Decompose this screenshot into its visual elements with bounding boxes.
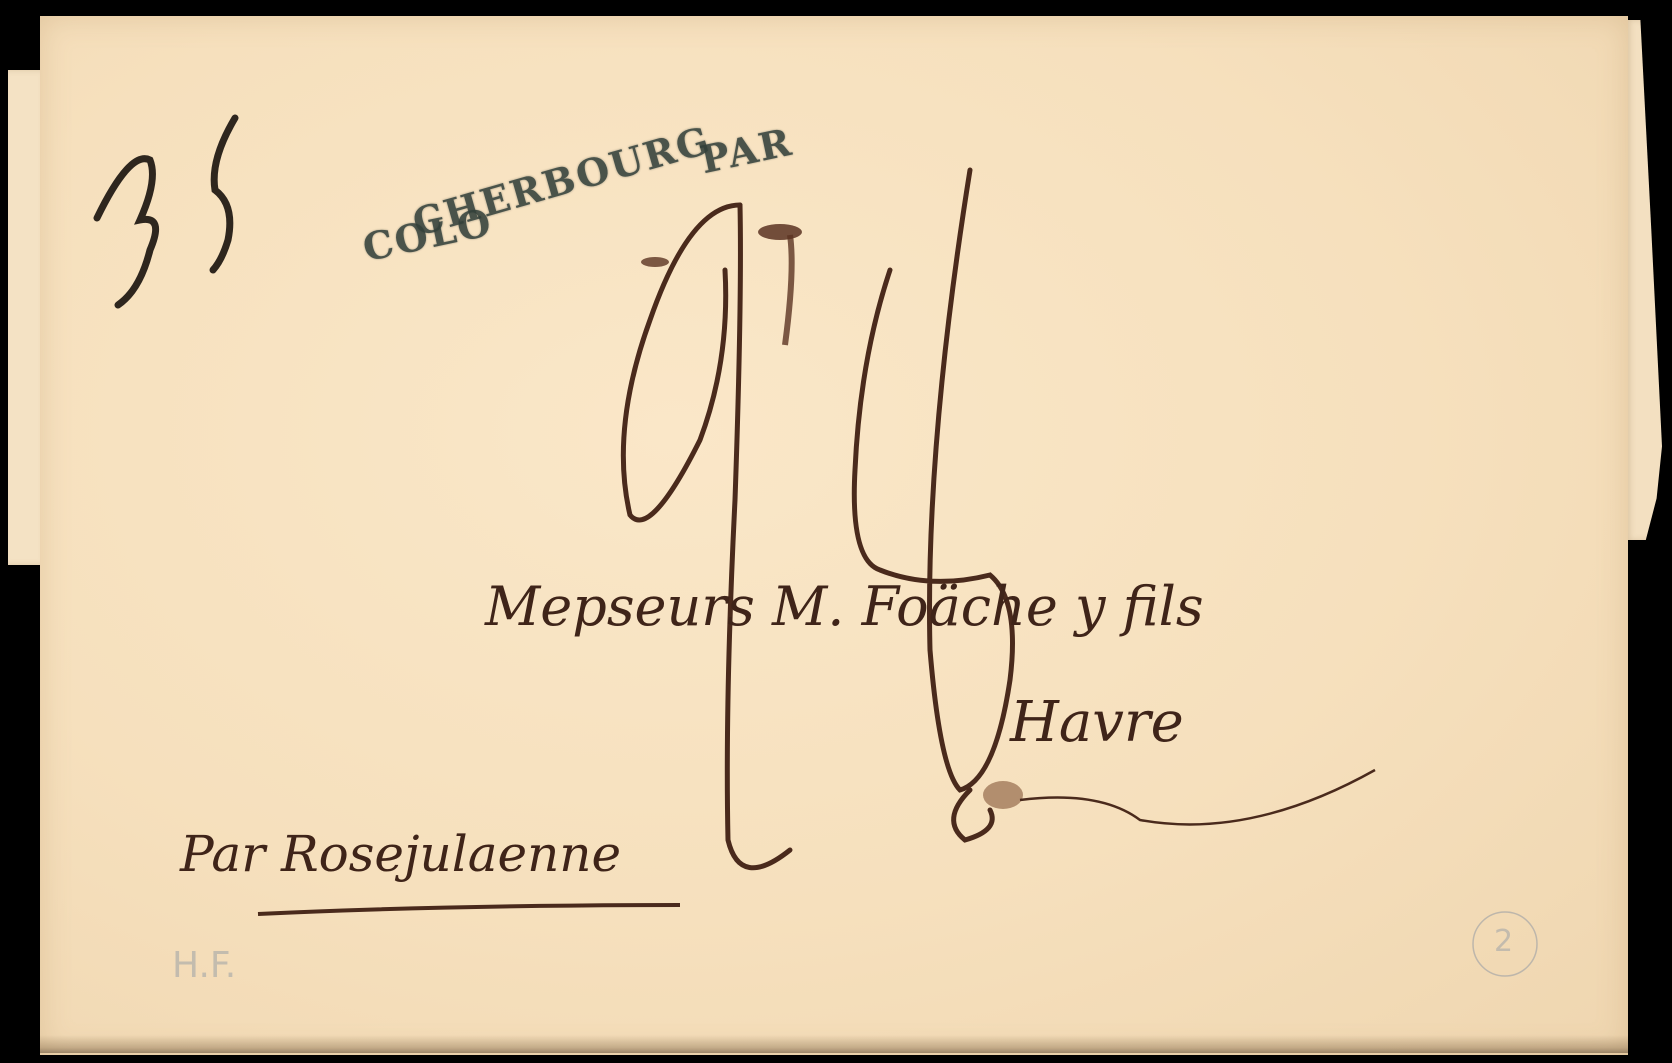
pencil-note-circled-number: 2 (1494, 924, 1513, 959)
ink-strokes (0, 0, 1672, 1063)
address-line-1: Mepseurs M. Foäche y fils (485, 575, 1204, 638)
address-line-2: Havre (1010, 690, 1184, 755)
routing-note: Par Rosejulaenne (180, 825, 621, 883)
rate-35-glyph (97, 118, 235, 305)
pencil-note-bottom-left: H.F. (172, 945, 236, 986)
scan-canvas: PAR COLO CHERBOURG Mepseurs M. Foäche y … (0, 0, 1672, 1063)
tax-94-glyph (623, 170, 1012, 868)
